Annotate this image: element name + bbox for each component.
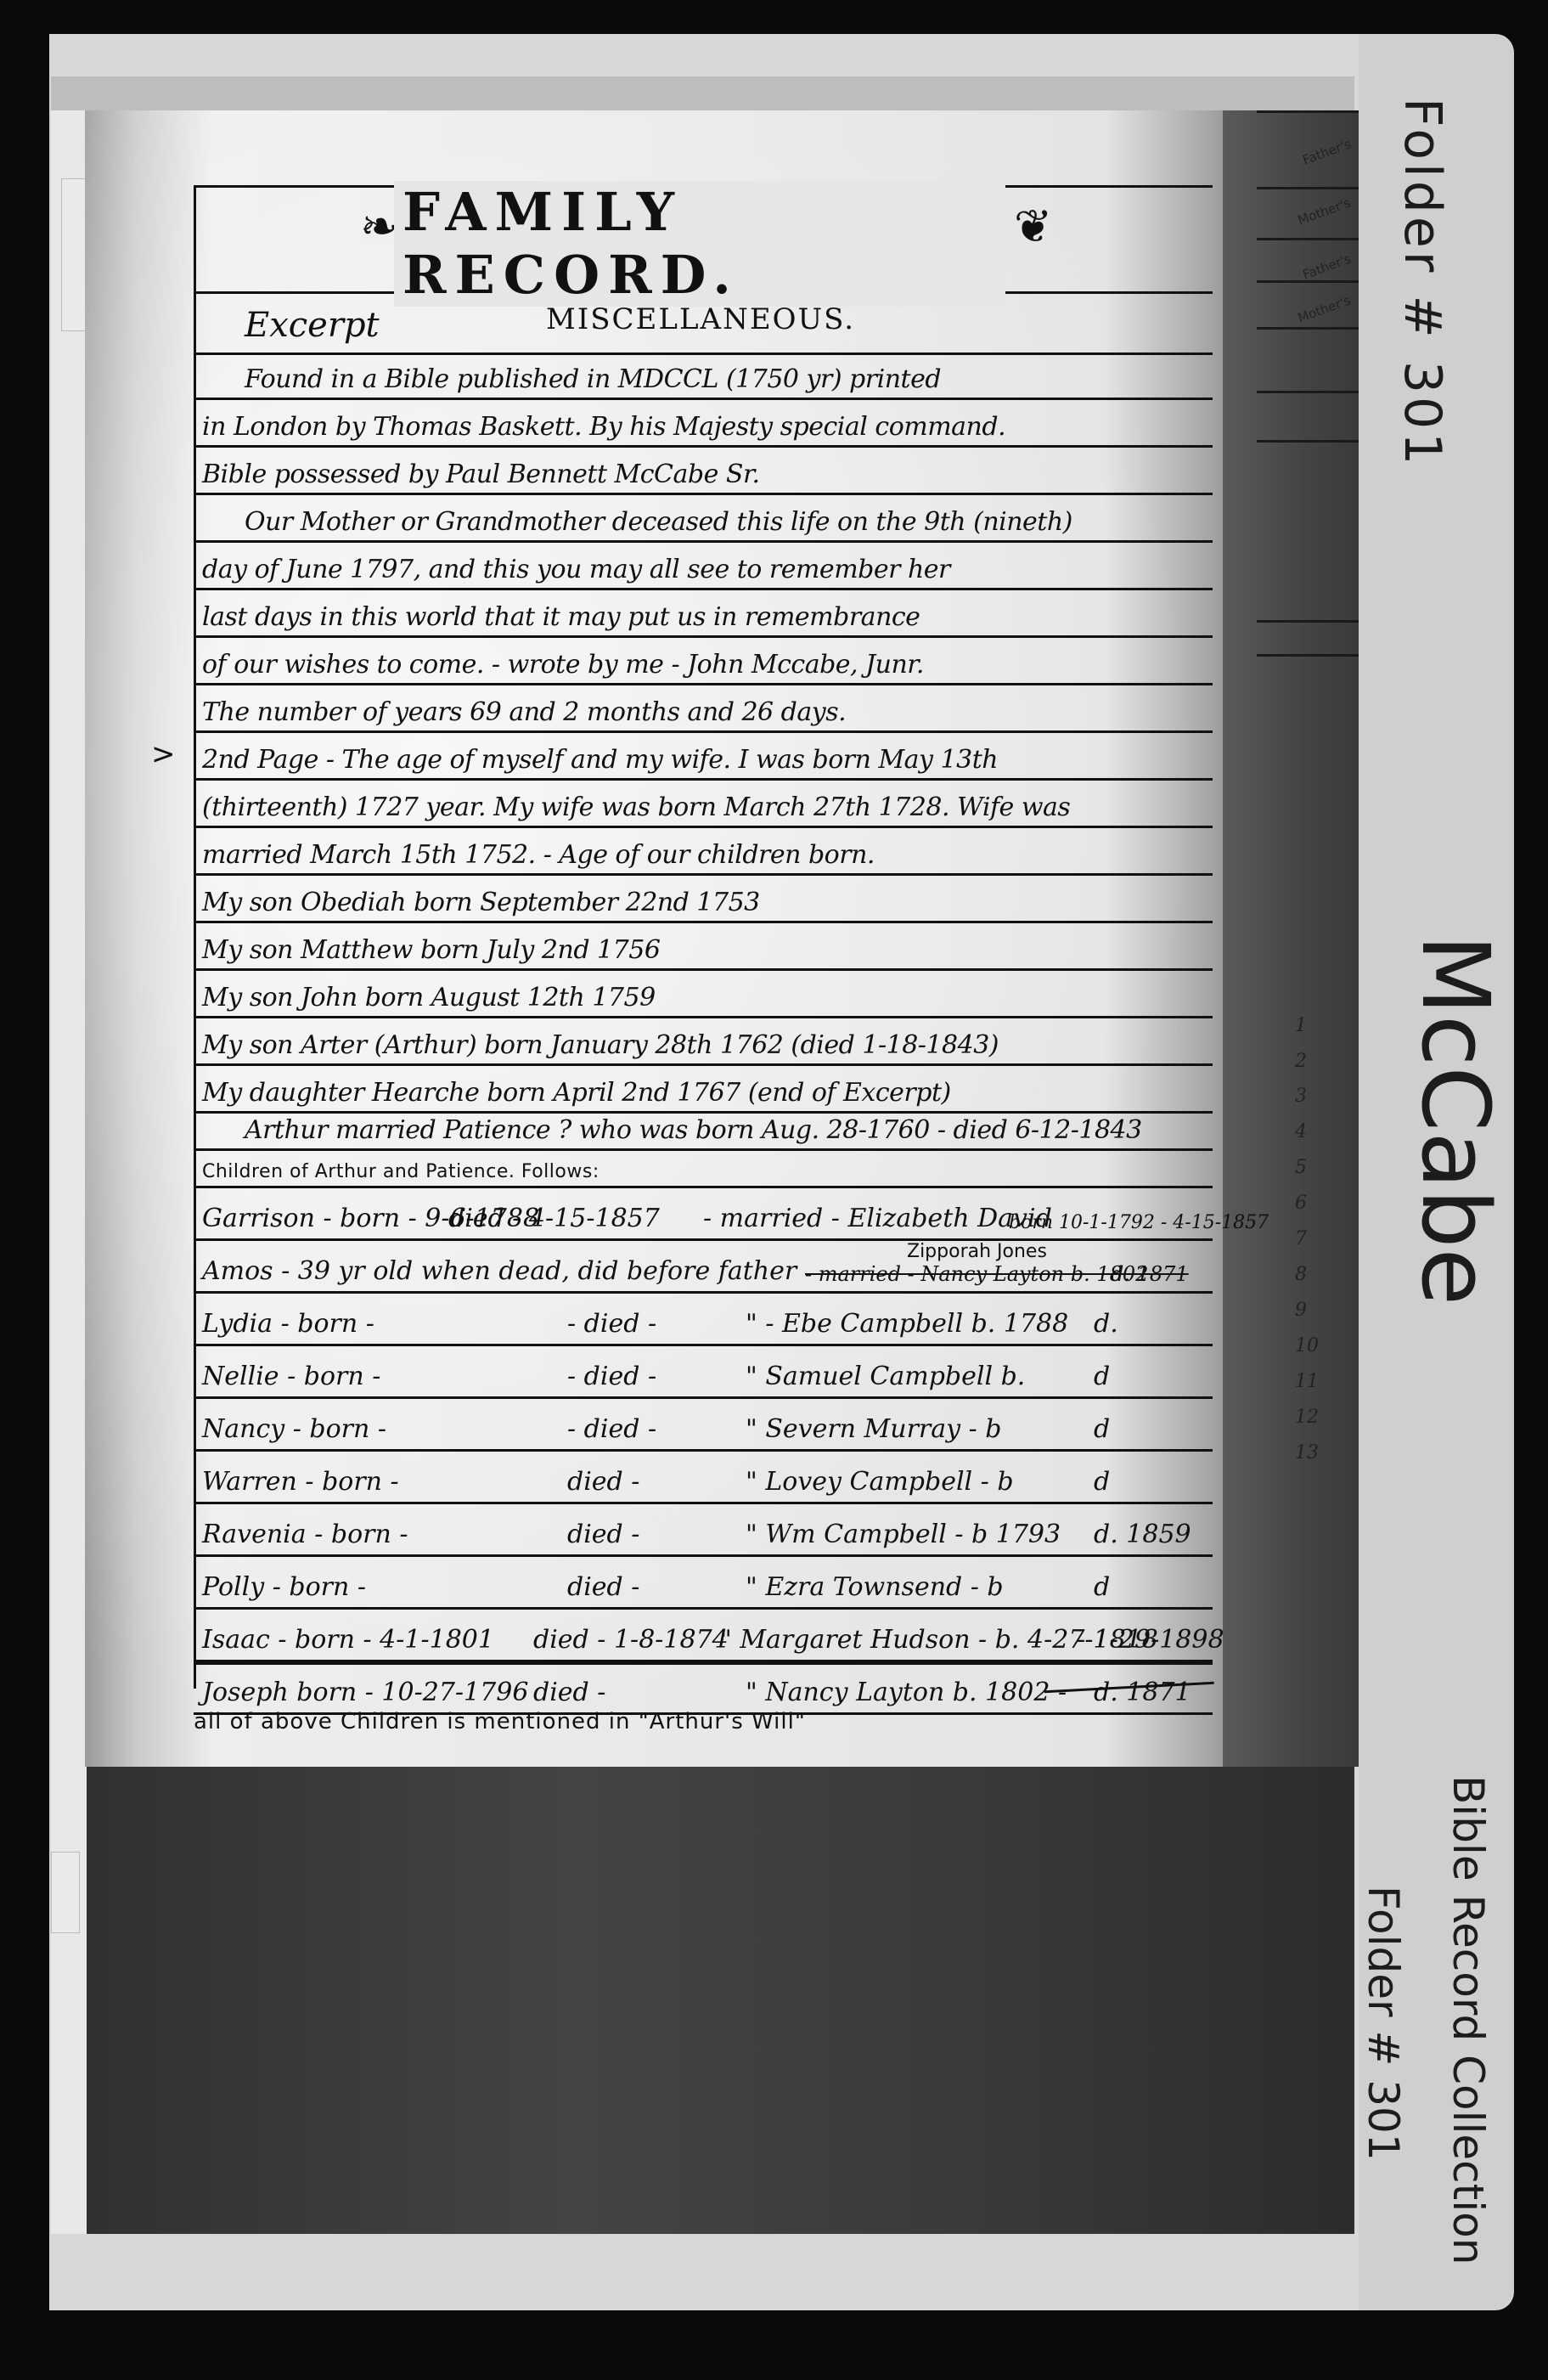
adjacent-page-edge: Father's Mother's Father's Mother's 1 2 … (1223, 110, 1359, 1767)
tape-strip-bottom (51, 1852, 80, 1933)
entry-line: last days in this world that it may put … (194, 590, 1213, 638)
adjacent-number: 5 (1295, 1157, 1307, 1178)
adjacent-label: Mother's (1296, 292, 1353, 325)
child-row: Garrison - born - 9-6-1788 died - 4-15-1… (194, 1188, 1213, 1241)
flourish-right-icon: ❦ (1014, 200, 1052, 253)
adjacent-number: 6 (1295, 1193, 1307, 1214)
handwritten-entries: Found in a Bible published in MDCCL (175… (194, 352, 1213, 1715)
adjacent-number: 4 (1295, 1121, 1307, 1142)
entry-line: My son Obediah born September 22nd 1753 (194, 876, 1213, 923)
child-row: Nancy - born - - died - " Severn Murray … (194, 1399, 1213, 1452)
entry-line: (thirteenth) 1727 year. My wife was born… (194, 781, 1213, 828)
adjacent-number: 12 (1295, 1407, 1319, 1428)
record-header: ❧ FAMILY RECORD. ❦ (194, 185, 1213, 294)
surname-label: McCabe (1401, 934, 1510, 1306)
adjacent-number: 3 (1295, 1086, 1307, 1107)
adjacent-number: 7 (1295, 1228, 1307, 1249)
adjacent-number: 10 (1295, 1335, 1319, 1356)
entry-line: My son Arter (Arthur) born January 28th … (194, 1018, 1213, 1066)
footer-note: all of above Children is mentioned in "A… (194, 1709, 806, 1734)
entry-line: My daughter Hearche born April 2nd 1767 … (194, 1066, 1213, 1114)
child-row: Joseph born - 10-27-1796 died - " Nancy … (194, 1662, 1213, 1715)
entry-line: The number of years 69 and 2 months and … (194, 685, 1213, 733)
page-title: FAMILY RECORD. (394, 181, 1005, 307)
entry-line: My son John born August 12th 1759 (194, 971, 1213, 1018)
adjacent-number: 13 (1295, 1442, 1319, 1464)
children-table: Garrison - born - 9-6-1788 died - 4-15-1… (194, 1188, 1213, 1715)
child-row: Zipporah Jones Amos - 39 yr old when dea… (194, 1241, 1213, 1294)
entry-line: > 2nd Page - The age of myself and my wi… (194, 733, 1213, 781)
title-banner: FAMILY RECORD. (394, 206, 1005, 281)
entry-line: My son Matthew born July 2nd 1756 (194, 923, 1213, 971)
children-heading: Children of Arthur and Patience. Follows… (194, 1151, 1213, 1188)
excerpt-annotation: Excerpt (245, 306, 380, 345)
section-row: Excerpt MISCELLANEOUS. (194, 289, 1213, 355)
child-row: Nellie - born - - died - " Samuel Campbe… (194, 1346, 1213, 1399)
book-top-edge (51, 76, 1354, 110)
entry-line: of our wishes to come. - wrote by me - J… (194, 638, 1213, 685)
adjacent-number: 1 (1295, 1015, 1307, 1036)
section-title: MISCELLANEOUS. (546, 302, 855, 336)
adjacent-label: Father's (1301, 136, 1354, 167)
collection-label: Bible Record Collection (1444, 1775, 1493, 2264)
correction-note: Zipporah Jones (907, 1241, 1047, 1262)
adjacent-number: 9 (1295, 1300, 1307, 1321)
entry-line: Bible possessed by Paul Bennett McCabe S… (194, 448, 1213, 495)
entry-line: Arthur married Patience ? who was born A… (194, 1114, 1213, 1151)
entry-line: day of June 1797, and this you may all s… (194, 543, 1213, 590)
flourish-left-icon: ❧ (360, 200, 398, 253)
child-row: Isaac - born - 4-1-1801 died - 1-8-1874 … (194, 1610, 1213, 1662)
entry-line: Our Mother or Grandmother deceased this … (194, 495, 1213, 543)
adjacent-label: Mother's (1296, 195, 1353, 228)
folder-number-label-top: Folder # 301 (1393, 98, 1452, 468)
adjacent-label: Father's (1301, 251, 1354, 282)
entry-line: married March 15th 1752. - Age of our ch… (194, 828, 1213, 876)
child-row: Polly - born - died - " Ezra Townsend - … (194, 1557, 1213, 1610)
entry-line: in London by Thomas Baskett. By his Maje… (194, 400, 1213, 448)
folder-number-label-bottom: Folder # 301 (1359, 1886, 1408, 2161)
adjacent-number: 11 (1295, 1371, 1319, 1392)
adjacent-number: 8 (1295, 1264, 1307, 1285)
child-row: Ravenia - born - died - " Wm Campbell - … (194, 1504, 1213, 1557)
arrow-mark-icon: > (151, 737, 176, 771)
child-row: Lydia - born - - died - " - Ebe Campbell… (194, 1294, 1213, 1346)
child-row: Warren - born - died - " Lovey Campbell … (194, 1452, 1213, 1504)
entry-line: Found in a Bible published in MDCCL (175… (194, 352, 1213, 400)
adjacent-number: 2 (1295, 1051, 1307, 1072)
